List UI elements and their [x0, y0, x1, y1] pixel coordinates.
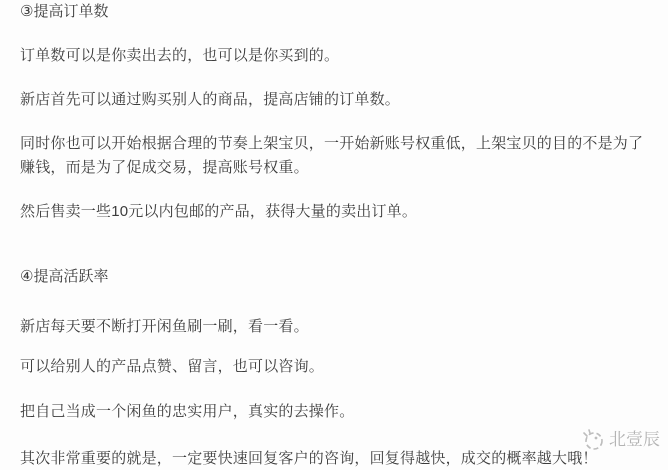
paragraph: 新店首先可以通过购买别人的商品，提高店铺的订单数。	[20, 88, 650, 112]
paragraph: 订单数可以是你卖出去的，也可以是你买到的。	[20, 44, 650, 68]
paragraph: 然后售卖一些10元以内包邮的产品，获得大量的卖出订单。	[20, 200, 650, 224]
article-body: ③提高订单数 订单数可以是你卖出去的，也可以是你买到的。 新店首先可以通过购买别…	[0, 0, 668, 470]
paragraph: 可以给别人的产品点赞、留言，也可以咨询。	[20, 355, 650, 379]
paragraph: 新店每天要不断打开闲鱼刷一刷，看一看。	[20, 315, 650, 339]
paragraph: 把自己当成一个闲鱼的忠实用户，真实的去操作。	[20, 400, 650, 424]
section-heading-4-increase-activity: ④提高活跃率	[20, 265, 650, 289]
section-heading-3-increase-orders: ③提高订单数	[20, 0, 650, 24]
paragraph: 同时你也可以开始根据合理的节奏上架宝贝，一开始新账号权重低，上架宝贝的目的不是为…	[20, 132, 650, 180]
paragraph: 其次非常重要的就是，一定要快速回复客户的咨询，回复得越快，成交的概率越大哦！	[20, 447, 650, 470]
